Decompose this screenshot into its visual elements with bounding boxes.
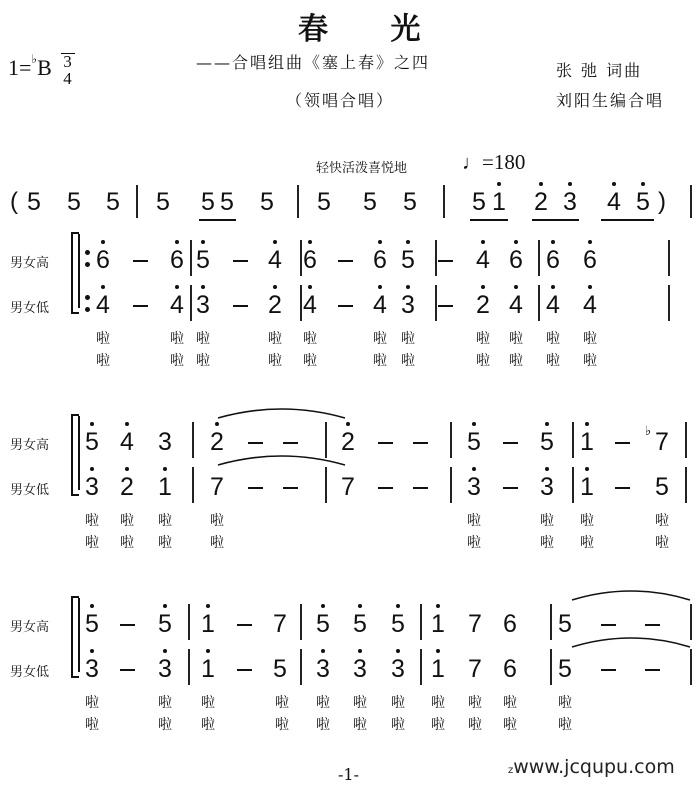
lyric-syllable: 啦 [543, 331, 563, 347]
note: 4 [604, 188, 624, 216]
lyric-syllable: 啦 [370, 331, 390, 347]
note: 3 [82, 473, 102, 501]
note: 4 [167, 291, 187, 319]
barline [690, 649, 692, 685]
barline [450, 467, 452, 503]
note: 5 [193, 246, 213, 274]
key-letter: B [37, 55, 52, 80]
note: 4 [580, 291, 600, 319]
note: 5 [257, 188, 277, 216]
sustain-dash [133, 260, 148, 262]
note: 5 [537, 428, 557, 456]
note: 1 [198, 655, 218, 683]
note: 5 [360, 188, 380, 216]
sustain-dash [248, 442, 263, 444]
octave-dot [90, 467, 94, 471]
note: 5 [633, 188, 653, 216]
lyric-syllable: 啦 [388, 695, 408, 711]
octave-dot [514, 285, 518, 289]
lyric-syllable: 啦 [82, 695, 102, 711]
note: 6 [500, 610, 520, 638]
note: 7 [338, 473, 358, 501]
lyric-syllable: 啦 [155, 695, 175, 711]
octave-dot [378, 285, 382, 289]
sustain-dash [645, 624, 660, 626]
note: 1 [577, 473, 597, 501]
voice-label-low: 男女低 [10, 479, 49, 498]
note: 2 [531, 188, 551, 216]
octave-dot [273, 240, 277, 244]
note: 2 [338, 428, 358, 456]
barline [300, 285, 302, 321]
sustain-dash [438, 260, 453, 262]
octave-dot [308, 285, 312, 289]
sustain-dash [237, 624, 252, 626]
octave-dot [90, 422, 94, 426]
barline [188, 604, 190, 640]
slur [218, 406, 345, 420]
close-paren: ) [658, 188, 666, 216]
voice-label-high: 男女高 [10, 252, 49, 271]
song-title: 春 光 [298, 4, 446, 48]
octave-dot [273, 285, 277, 289]
barline [435, 285, 437, 321]
octave-dot [481, 285, 485, 289]
note: 3 [350, 655, 370, 683]
barline [192, 422, 194, 458]
repeat-start-icon [85, 250, 90, 270]
octave-dot [551, 285, 555, 289]
octave-dot [539, 182, 543, 186]
system-bracket-inner [78, 598, 80, 672]
octave-dot [472, 467, 476, 471]
lyric-syllable: 啦 [167, 331, 187, 347]
note: 5 [64, 188, 84, 216]
barline [192, 467, 194, 503]
page-number: -1- [338, 765, 359, 784]
octave-dot [125, 467, 129, 471]
barline [668, 285, 670, 321]
octave-dot [125, 422, 129, 426]
lyric-syllable: 啦 [652, 535, 672, 551]
octave-dot [358, 649, 362, 653]
lyric-syllable: 啦 [577, 535, 597, 551]
sustain-dash [645, 669, 660, 671]
lyric-syllable: 啦 [537, 513, 557, 529]
repeat-start-icon [85, 295, 90, 315]
note: 3 [464, 473, 484, 501]
note: 4 [93, 291, 113, 319]
octave-dot [612, 182, 616, 186]
octave-dot [585, 422, 589, 426]
note: 5 [555, 655, 575, 683]
barline [190, 285, 192, 321]
barline [450, 422, 452, 458]
note: 7 [465, 610, 485, 638]
lyric-syllable: 啦 [93, 331, 113, 347]
note: 3 [398, 291, 418, 319]
note: 2 [117, 473, 137, 501]
watermark: zwww.jcqupu.com [508, 756, 675, 778]
system-bracket-inner [78, 234, 80, 308]
credits-lyrics-music: 张 弛 词曲 [556, 58, 642, 81]
lyric-syllable: 啦 [193, 331, 213, 347]
note: 6 [300, 246, 320, 274]
note: 5 [82, 610, 102, 638]
beam-underline [199, 219, 236, 221]
note: 4 [300, 291, 320, 319]
voice-label-high: 男女高 [10, 434, 49, 453]
lyric-syllable: 啦 [193, 353, 213, 369]
octave-dot [101, 285, 105, 289]
lyric-syllable: 啦 [82, 513, 102, 529]
note: 5 [555, 610, 575, 638]
tempo-marking: ♩=180 [462, 150, 525, 175]
lyric-syllable: 啦 [117, 513, 137, 529]
expression-marking: 轻快活泼喜悦地 [316, 157, 407, 176]
lyric-syllable: 啦 [473, 331, 493, 347]
note: 3 [193, 291, 213, 319]
sustain-dash [601, 624, 616, 626]
lyric-syllable: 啦 [577, 513, 597, 529]
sustain-dash [503, 442, 518, 444]
note: 5 [652, 473, 672, 501]
lyric-syllable: 啦 [265, 331, 285, 347]
barline [420, 649, 422, 685]
barline [300, 604, 302, 640]
note: 6 [167, 246, 187, 274]
note: 4 [117, 428, 137, 456]
note: 3 [560, 188, 580, 216]
sustain-dash [503, 487, 518, 489]
octave-dot [641, 182, 645, 186]
lyric-syllable: 啦 [198, 695, 218, 711]
note: 5 [198, 188, 218, 216]
open-paren: ( [10, 188, 18, 216]
octave-dot [90, 604, 94, 608]
song-subtitle: ——合唱组曲《塞上春》之四 [196, 50, 430, 73]
lyric-syllable: 啦 [580, 353, 600, 369]
lyric-syllable: 啦 [500, 695, 520, 711]
octave-dot [90, 649, 94, 653]
barline [685, 422, 687, 458]
lyric-syllable: 啦 [300, 331, 320, 347]
lyric-syllable: 啦 [350, 695, 370, 711]
slur [218, 453, 345, 467]
sustain-dash [378, 442, 393, 444]
note: 7 [465, 655, 485, 683]
lyric-syllable: 啦 [313, 717, 333, 733]
octave-dot [406, 285, 410, 289]
note: 5 [24, 188, 44, 216]
barline [420, 604, 422, 640]
note: 1 [489, 188, 509, 216]
octave-dot [201, 285, 205, 289]
note: 1 [577, 428, 597, 456]
performance-note: （领唱合唱） [286, 88, 394, 111]
lyric-syllable: 啦 [370, 353, 390, 369]
sustain-dash [283, 442, 298, 444]
octave-dot [396, 604, 400, 608]
octave-dot [568, 182, 572, 186]
octave-dot [481, 240, 485, 244]
lyric-syllable: 啦 [473, 353, 493, 369]
lyric-syllable: 啦 [155, 535, 175, 551]
lyric-syllable: 啦 [537, 535, 557, 551]
sustain-dash [615, 442, 630, 444]
note: 6 [506, 246, 526, 274]
barline [188, 649, 190, 685]
octave-dot [472, 422, 476, 426]
beam-underline [470, 219, 508, 221]
voice-label-low: 男女低 [10, 661, 49, 680]
barline [550, 604, 552, 640]
octave-dot [101, 240, 105, 244]
note: 1 [198, 610, 218, 638]
note: 5 [400, 188, 420, 216]
note: 2 [265, 291, 285, 319]
lyric-syllable: 啦 [506, 331, 526, 347]
note: 6 [580, 246, 600, 274]
lyric-syllable: 啦 [82, 717, 102, 733]
barline [668, 240, 670, 276]
barline [325, 467, 327, 503]
octave-dot [588, 285, 592, 289]
note: 5 [388, 610, 408, 638]
beam-underline [532, 219, 579, 221]
note: 5 [313, 610, 333, 638]
note: 4 [473, 246, 493, 274]
lyric-syllable: 啦 [198, 717, 218, 733]
lyric-syllable: 啦 [350, 717, 370, 733]
sustain-dash [283, 487, 298, 489]
sustain-dash [378, 487, 393, 489]
lyric-syllable: 啦 [652, 513, 672, 529]
lyric-syllable: 啦 [167, 353, 187, 369]
lyric-syllable: 啦 [300, 353, 320, 369]
note: 5 [350, 610, 370, 638]
note: 4 [506, 291, 526, 319]
note: 1 [155, 473, 175, 501]
lyric-syllable: 啦 [272, 695, 292, 711]
note: 2 [207, 428, 227, 456]
octave-dot [396, 649, 400, 653]
lyric-syllable: 啦 [543, 353, 563, 369]
system-bracket-inner [78, 416, 80, 490]
sustain-dash [237, 669, 252, 671]
octave-dot [406, 240, 410, 244]
quarter-note-icon: ♩ [462, 152, 482, 174]
note: 5 [82, 428, 102, 456]
voice-label-low: 男女低 [10, 297, 49, 316]
beam-underline [601, 219, 654, 221]
barline [297, 185, 299, 218]
barline [538, 285, 540, 321]
note: 6 [93, 246, 113, 274]
barline [190, 240, 192, 276]
octave-dot [378, 240, 382, 244]
lyric-syllable: 啦 [555, 717, 575, 733]
note: 3 [388, 655, 408, 683]
lyric-syllable: 啦 [388, 717, 408, 733]
barline [550, 649, 552, 685]
time-signature: 3 4 [63, 53, 72, 87]
note: 5 [103, 188, 123, 216]
lyric-syllable: 啦 [464, 513, 484, 529]
lyric-syllable: 啦 [464, 535, 484, 551]
lyric-syllable: 啦 [398, 331, 418, 347]
barline [300, 649, 302, 685]
barline [435, 240, 437, 276]
note: 1 [428, 610, 448, 638]
sustain-dash [413, 487, 428, 489]
note: 4 [265, 246, 285, 274]
octave-dot [436, 604, 440, 608]
lyric-syllable: 啦 [465, 717, 485, 733]
octave-dot [175, 240, 179, 244]
note: 3 [155, 655, 175, 683]
key-label: 1= [8, 55, 31, 80]
lyric-syllable: 啦 [207, 535, 227, 551]
lyric-syllable: 啦 [398, 353, 418, 369]
octave-dot [551, 240, 555, 244]
flat-icon: ♭ [645, 424, 651, 439]
lyric-syllable: 啦 [506, 353, 526, 369]
note: 7 [652, 428, 672, 456]
octave-dot [545, 422, 549, 426]
barline [443, 185, 445, 218]
note: 6 [370, 246, 390, 274]
note: 5 [270, 655, 290, 683]
lyric-syllable: 啦 [207, 513, 227, 529]
lyric-syllable: 啦 [580, 331, 600, 347]
octave-dot [514, 240, 518, 244]
lyric-syllable: 啦 [313, 695, 333, 711]
slur [572, 635, 690, 649]
sustain-dash [601, 669, 616, 671]
barline [690, 604, 692, 640]
note: 3 [155, 428, 175, 456]
octave-dot [321, 649, 325, 653]
lyric-syllable: 啦 [500, 717, 520, 733]
sustain-dash [120, 669, 135, 671]
lyric-syllable: 啦 [82, 535, 102, 551]
lyric-syllable: 啦 [93, 353, 113, 369]
barline [572, 467, 574, 503]
note: 3 [313, 655, 333, 683]
note: 6 [543, 246, 563, 274]
octave-dot [175, 285, 179, 289]
sustain-dash [413, 442, 428, 444]
lyric-syllable: 啦 [428, 695, 448, 711]
sustain-dash [233, 260, 248, 262]
barline [300, 240, 302, 276]
octave-dot [308, 240, 312, 244]
lyric-syllable: 啦 [555, 695, 575, 711]
sustain-dash [338, 260, 353, 262]
lyric-syllable: 啦 [265, 353, 285, 369]
octave-dot [545, 467, 549, 471]
sustain-dash [133, 305, 148, 307]
barline [538, 240, 540, 276]
note: 7 [270, 610, 290, 638]
octave-dot [215, 422, 219, 426]
octave-dot [358, 604, 362, 608]
octave-dot [588, 240, 592, 244]
note: 4 [543, 291, 563, 319]
lyric-syllable: 啦 [465, 695, 485, 711]
note: 5 [153, 188, 173, 216]
credits-arrangement: 刘阳生编合唱 [556, 88, 664, 111]
sustain-dash [233, 305, 248, 307]
octave-dot [497, 182, 501, 186]
octave-dot [206, 649, 210, 653]
lyric-syllable: 啦 [272, 717, 292, 733]
voice-label-high: 男女高 [10, 616, 49, 635]
octave-dot [163, 649, 167, 653]
note: 1 [428, 655, 448, 683]
flat-icon: ♭ [31, 52, 37, 66]
lyric-syllable: 啦 [117, 535, 137, 551]
lyric-syllable: 啦 [155, 717, 175, 733]
octave-dot [436, 649, 440, 653]
note: 5 [398, 246, 418, 274]
sustain-dash [120, 624, 135, 626]
octave-dot [346, 422, 350, 426]
note: 2 [473, 291, 493, 319]
barline [572, 422, 574, 458]
sustain-dash [248, 487, 263, 489]
octave-dot [585, 467, 589, 471]
note: 6 [500, 655, 520, 683]
sustain-dash [338, 305, 353, 307]
sustain-dash [615, 487, 630, 489]
octave-dot [201, 240, 205, 244]
octave-dot [206, 604, 210, 608]
note: 4 [370, 291, 390, 319]
slur [572, 588, 690, 602]
octave-dot [163, 604, 167, 608]
note: 5 [314, 188, 334, 216]
barline [685, 467, 687, 503]
note: 3 [82, 655, 102, 683]
sustain-dash [438, 305, 453, 307]
lyric-syllable: 啦 [428, 717, 448, 733]
key-signature: 1=♭B 3 4 [8, 53, 72, 87]
octave-dot [163, 467, 167, 471]
note: 5 [155, 610, 175, 638]
note: 5 [464, 428, 484, 456]
note: 7 [207, 473, 227, 501]
octave-dot [321, 604, 325, 608]
barline [136, 185, 138, 218]
lyric-syllable: 啦 [155, 513, 175, 529]
note: 5 [469, 188, 489, 216]
note: 5 [217, 188, 237, 216]
note: 3 [537, 473, 557, 501]
barline [690, 185, 692, 218]
